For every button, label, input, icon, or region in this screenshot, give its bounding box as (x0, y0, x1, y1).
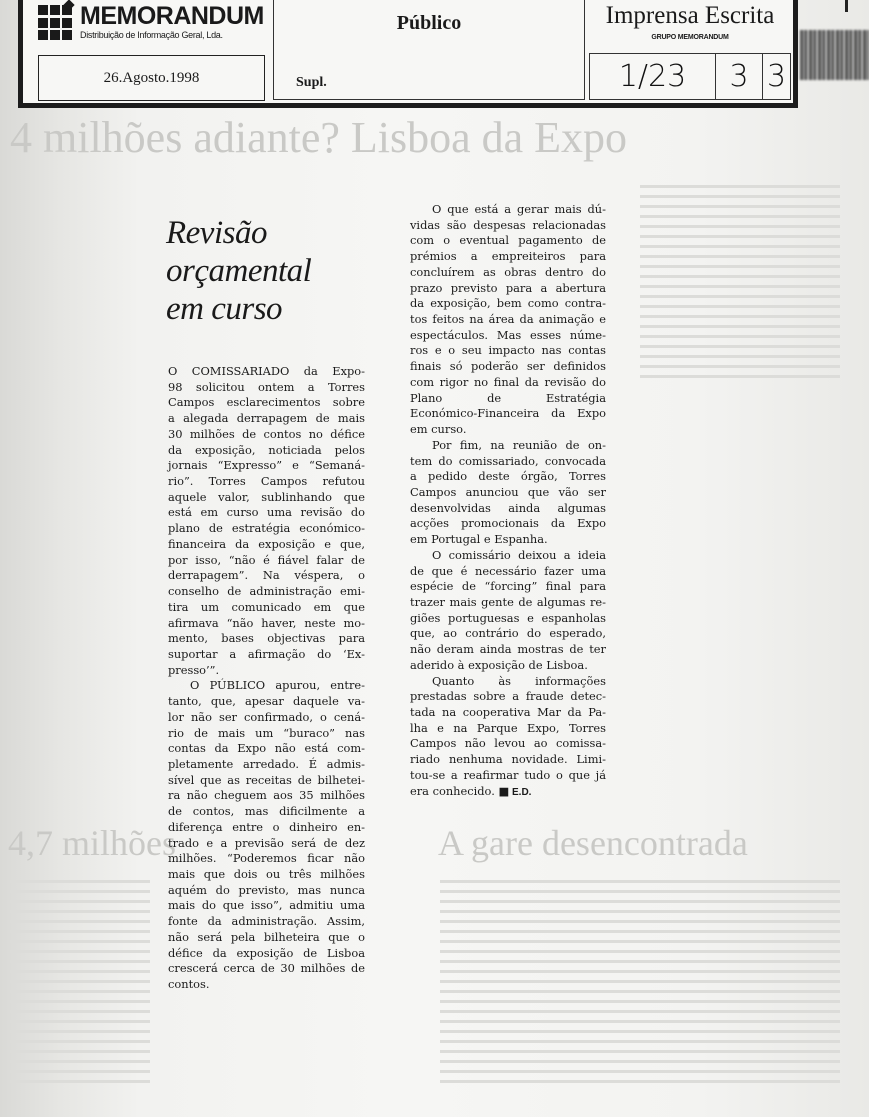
article-text-line: finais só poderão ser definidos (410, 359, 606, 375)
article-text-line: mais que dois ou três milhões (168, 867, 365, 883)
publication-box: Público Supl. (273, 0, 585, 100)
article-text-line: espectáculos. Mas esses núme- (410, 328, 606, 344)
publication-date: 26.Agosto.1998 (104, 70, 200, 87)
article-text-line: Campos não levou ao comissa- (410, 736, 606, 752)
article-text-line: por isso, “não é fiável falar de (168, 553, 365, 569)
article-text-line: derrapagem”. Na véspera, o (168, 568, 365, 584)
article-text-line: tou-se a reafirmar tudo o que já (410, 768, 606, 784)
article-text-line: milhões. “Poderemos ficar não (168, 851, 365, 867)
scribble-mark (800, 30, 869, 80)
article-text-line: tem do comissariado, convocada (410, 454, 606, 470)
article-text-line: espécie de “forcing” final para (410, 579, 606, 595)
article-text-line: concluírem as obras dentro do (410, 265, 606, 281)
brand-title: Imprensa Escrita (589, 2, 791, 30)
article-text-line: Campos anunciou que vão ser (410, 485, 606, 501)
article-text-line: 30 milhões de contos no défice (168, 427, 365, 443)
article-text-line: tanto, que, apesar daquele va- (168, 694, 365, 710)
article-column-left: O COMISSARIADO da Expo-98 solicitou onte… (168, 364, 365, 993)
article-text-line: de que é necessário fazer uma (410, 564, 606, 580)
publication-name: Público (274, 12, 584, 35)
article-text-line: O que está a gerar mais dú- (410, 202, 606, 218)
article-text-line: trado e a previsão será de dez (168, 836, 365, 852)
article-text-line: acções promocionais da Expo (410, 516, 606, 532)
ghost-headline-bottom-right: A gare desencontrada (438, 822, 748, 864)
article-text-line: trazer mais gente de algumas re- (410, 595, 606, 611)
article-text-line: diferença entre o dinheiro en- (168, 820, 365, 836)
article-text-line: 98 solicitou ontem a Torres (168, 380, 365, 396)
article-text-line: aquém do previsto, mas nunca (168, 883, 365, 899)
article-text-line: a alegada derrapagem de mais (168, 411, 365, 427)
headline-line: em curso (166, 290, 311, 328)
article-text-line: não deram ainda mostras de ter (410, 642, 606, 658)
article-text-line: da exposição, bem como contra- (410, 296, 606, 312)
article-text-line: mais do que isso”, admitiu uma (168, 898, 365, 914)
article-text-line: riado nenhuma novidade. Limi- (410, 752, 606, 768)
article-text-line: mento, bases objectivas para (168, 631, 365, 647)
brand-subtitle: GRUPO MEMORANDUM (589, 34, 791, 41)
ghost-headline-top: 4 milhões adiante? Lisboa da Expo (10, 112, 627, 163)
article-text-line: desenvolvidas ainda algumas (410, 501, 606, 517)
ghost-headline-bottom-left: 4,7 milhões (8, 822, 176, 864)
article-text-line: com rigor no final da revisão do (410, 375, 606, 391)
article-text-line: prestadas sobre a fraude detec- (410, 689, 606, 705)
article-text-line: de contos, mas dificilmente a (168, 804, 365, 820)
article-text-line: O comissário deixou a ideia (410, 548, 606, 564)
article-text-line: conselho de administração emi- (168, 584, 365, 600)
article-text-line: rio de mais um “buraco” nas (168, 726, 365, 742)
ghost-text-lines-right (640, 185, 840, 385)
article-text-line: a pedido deste órgão, Torres (410, 469, 606, 485)
article-text-line: presso’”. (168, 663, 365, 679)
date-box: 26.Agosto.1998 (38, 55, 265, 101)
article-text-line: prazo previsto para a abertura (410, 281, 606, 297)
article-text-line: ros e o seu impacto nas contas (410, 343, 606, 359)
clipping-header: MEMORANDUM Distribuição de Informação Ge… (18, 0, 798, 108)
logo-name: MEMORANDUM (80, 2, 264, 31)
article-text-line: ra não cheguem aos 35 milhões (168, 788, 365, 804)
reference-number: 1/23 (590, 54, 716, 99)
article-text-line: afirmava “não haver, neste mo- (168, 616, 365, 632)
article-text-line: tada na cooperativa Mar da Pa- (410, 705, 606, 721)
article-text-line: em Portugal e Espanha. (410, 532, 606, 548)
article-text-line: crescerá cerca de 30 milhões de (168, 961, 365, 977)
headline-line: orçamental (166, 252, 311, 290)
article-text-line: da exposição, noticiada pelos (168, 443, 365, 459)
article-text-line: contas da Expo não está com- (168, 741, 365, 757)
article-text-line: Por fim, na reunião de on- (410, 438, 606, 454)
article-text-line: aderido à exposição de Lisboa. (410, 658, 606, 674)
article-text-line: pletamente arredado. É admis- (168, 757, 365, 773)
article-text-line: lha e na Parque Expo, Torres (410, 721, 606, 737)
reference-number-row: 1/23 3 3 (589, 53, 791, 100)
article-text-line: vidas são despesas relacionadas (410, 218, 606, 234)
logo-subtitle: Distribuição de Informação Geral, Lda. (80, 30, 223, 40)
author-signoff: E.D. (509, 787, 531, 798)
article-text-line: plano de estratégia económico- (168, 521, 365, 537)
article-text-line: contos. (168, 977, 365, 993)
article-text-line: sível que as receitas de bilhetei- (168, 773, 365, 789)
section-label: Supl. (296, 75, 327, 91)
article-text-line: jornais “Expresso” e “Semaná- (168, 458, 365, 474)
article-text-line: défice da exposição de Lisboa (168, 946, 365, 962)
article-text-line: está em curso uma revisão do (168, 505, 365, 521)
article-text-line: prémios a empreiteiros para (410, 249, 606, 265)
article-text-line: era conhecido. ■ E.D. (410, 784, 606, 801)
article-text-line: tira um comunicado em que (168, 600, 365, 616)
reference-number: 3 (716, 54, 763, 99)
ghost-text-lines-bottom (440, 880, 840, 1090)
article-text-line: financeira da exposição e que, (168, 537, 365, 553)
article-text-line: em curso. (410, 422, 606, 438)
article-text-line: Plano de Estratégia (410, 391, 606, 407)
headline-line: Revisão (166, 214, 311, 252)
article-text-line: aquele valor, sublinhando que (168, 490, 365, 506)
article-text-line: rio”. Torres Campos refutou (168, 474, 365, 490)
article-text-line: Campos esclarecimentos sobre (168, 395, 365, 411)
article-column-right: O que está a gerar mais dú-vidas são des… (410, 202, 606, 800)
article-text-line: tos feitos na área da animação e (410, 312, 606, 328)
article-text-line: Económico-Financeira da Expo (410, 406, 606, 422)
article-text-line: Quanto às informações (410, 674, 606, 690)
pen-mark (845, 0, 848, 12)
reference-number: 3 (763, 54, 790, 99)
article-text-line: com o eventual pagamento de (410, 233, 606, 249)
article-text-line: lor não ser confirmado, o cená- (168, 710, 365, 726)
article-text-line: que, ao contrário do esperado, (410, 626, 606, 642)
article-text-line: suportar a afirmação do ‘Ex- (168, 647, 365, 663)
article-text-line: O PÚBLICO apurou, entre- (168, 678, 365, 694)
article-text-line: O COMISSARIADO da Expo- (168, 364, 365, 380)
article-headline: Revisão orçamental em curso (166, 214, 311, 328)
article-text-line: não será pela bilheteira que o (168, 930, 365, 946)
article-text-line: giões portuguesas e espanholas (410, 611, 606, 627)
article-text-line: fonte da administração. Assim, (168, 914, 365, 930)
brand-box: Imprensa Escrita GRUPO MEMORANDUM 1/23 3… (589, 0, 791, 100)
ghost-text-lines-bottom-left (10, 880, 150, 1090)
